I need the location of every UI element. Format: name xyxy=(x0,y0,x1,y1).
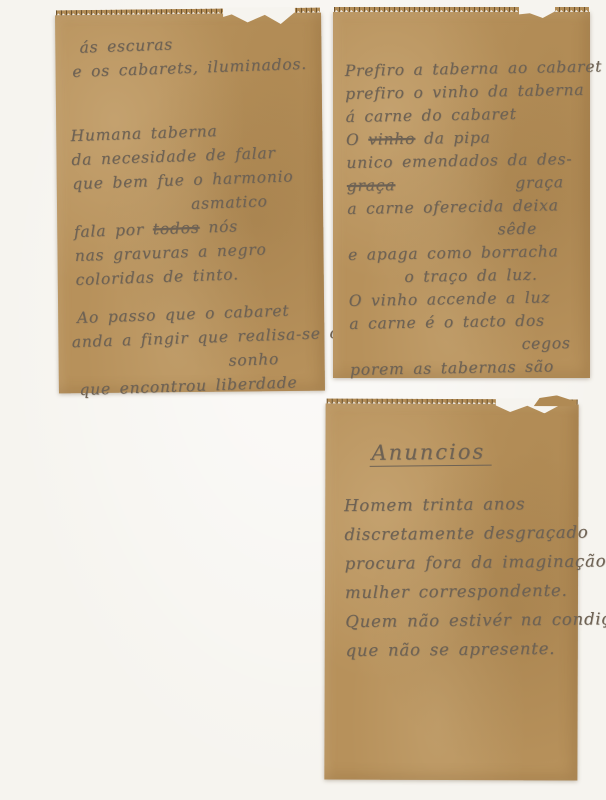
struck-word: vinho xyxy=(368,130,415,149)
handwritten-line: procura fora da imaginação xyxy=(345,547,578,578)
handwritten-line: sêde xyxy=(497,217,590,242)
handwritten-line: discretamente desgraçado xyxy=(344,518,577,549)
note-paper-announcement: Anuncios Homem trinta anos discretamente… xyxy=(324,404,578,781)
handwritten-line: prefiro o vinho da taberna xyxy=(345,79,588,106)
struck-word: graça xyxy=(347,174,396,198)
line-text: nós xyxy=(199,217,238,236)
line-text: O xyxy=(346,131,369,149)
line-text: graça xyxy=(515,171,564,195)
struck-word: todos xyxy=(152,219,199,239)
handwriting-block: Anuncios Homem trinta anos discretamente… xyxy=(323,403,580,782)
handwritten-line: a carne oferecida deixa xyxy=(347,194,590,221)
line-text: da pipa xyxy=(415,128,491,147)
handwritten-line: que não se apresente. xyxy=(345,634,578,665)
handwritten-line: e apaga como borracha xyxy=(348,240,591,267)
handwriting-block: Prefiro a taberna ao cabaret prefiro o v… xyxy=(330,10,593,380)
handwritten-line: Homem trinta anos xyxy=(344,489,577,520)
handwritten-line: mulher correspondente. xyxy=(345,576,578,607)
handwriting-block: ás escuras e os cabarets, iluminados. Hu… xyxy=(50,9,329,396)
handwritten-line: cegos xyxy=(521,332,592,356)
handwritten-line: Quem não estivér na condições xyxy=(345,605,578,636)
handwritten-line: sonho xyxy=(228,345,329,372)
note-paper-right: Prefiro a taberna ao cabaret prefiro o v… xyxy=(333,12,590,378)
handwritten-line: porem as tabernas são xyxy=(350,355,593,382)
note-title: Anuncios xyxy=(369,440,491,467)
handwritten-line: o traço da luz. xyxy=(404,263,591,289)
note-paper-left: ás escuras e os cabarets, iluminados. Hu… xyxy=(55,13,325,394)
line-text: fala por xyxy=(74,220,153,241)
